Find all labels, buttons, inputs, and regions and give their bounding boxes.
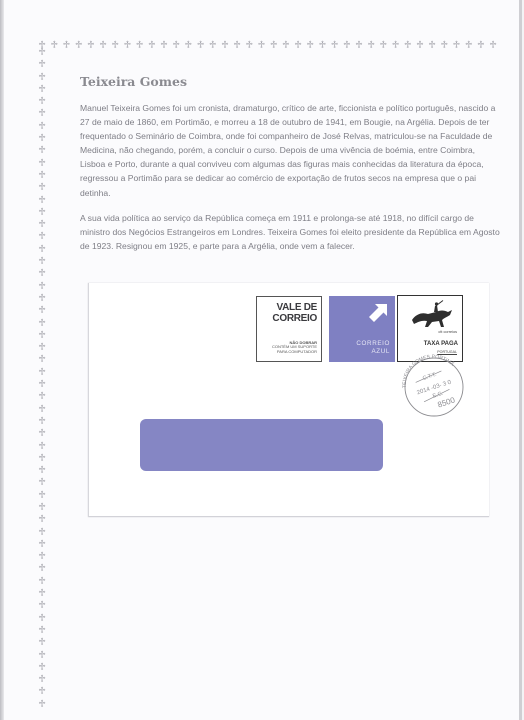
- person-figure-icon: ♱: [426, 39, 438, 52]
- article-paragraph-1: Manuel Teixeira Gomes foi um cronista, d…: [80, 101, 500, 200]
- ctt-brand: ctt correios: [438, 330, 457, 334]
- person-figure-icon: ♱: [353, 39, 365, 52]
- person-figure-icon: ♱: [36, 182, 48, 194]
- person-figure-icon: ♱: [329, 39, 341, 52]
- person-figure-icon: ♱: [36, 576, 48, 588]
- arrow-up-right-icon: [369, 302, 389, 322]
- decorative-border-left: ♱♱♱♱♱♱♱♱♱♱♱♱♱♱♱♱♱♱♱♱♱♱♱♱♱♱♱♱♱♱♱♱♱♱♱♱♱♱♱♱…: [36, 47, 50, 712]
- person-figure-icon: ♱: [36, 293, 48, 305]
- person-figure-icon: ♱: [36, 686, 48, 698]
- person-figure-icon: ♱: [182, 39, 194, 52]
- person-figure-icon: ♱: [389, 39, 401, 52]
- vale-title-line-2: CORREIO: [272, 313, 317, 324]
- person-figure-icon: ♱: [365, 39, 377, 52]
- person-figure-icon: ♱: [36, 613, 48, 625]
- person-figure-icon: ♱: [36, 527, 48, 539]
- person-figure-icon: ♱: [304, 39, 316, 52]
- person-figure-icon: ♱: [146, 39, 158, 52]
- person-figure-icon: ♱: [36, 170, 48, 182]
- person-figure-icon: ♱: [36, 219, 48, 231]
- person-figure-icon: ♱: [36, 207, 48, 219]
- person-figure-icon: ♱: [219, 39, 231, 52]
- person-figure-icon: ♱: [36, 502, 48, 514]
- vale-title-line-1: VALE DE: [272, 302, 317, 313]
- horse-rider-icon: [410, 300, 454, 330]
- person-figure-icon: ♱: [36, 490, 48, 502]
- person-figure-icon: ♱: [280, 39, 292, 52]
- correio-azul-line-1: CORREIO: [356, 340, 390, 348]
- vale-note: NÃO DOBRAR CONTÉM UM SUPORTE PARA COMPUT…: [272, 341, 317, 354]
- person-figure-icon: ♱: [207, 39, 219, 52]
- person-figure-icon: ♱: [158, 39, 170, 52]
- person-figure-icon: ♱: [36, 674, 48, 686]
- vale-de-correio-box: VALE DE CORREIO NÃO DOBRAR CONTÉM UM SUP…: [256, 296, 322, 362]
- person-figure-icon: ♱: [36, 305, 48, 317]
- person-figure-icon: ♱: [36, 145, 48, 157]
- person-figure-icon: ♱: [36, 281, 48, 293]
- person-figure-icon: ♱: [36, 256, 48, 268]
- person-figure-icon: ♱: [463, 39, 475, 52]
- person-figure-icon: ♱: [36, 453, 48, 465]
- person-figure-icon: ♱: [36, 600, 48, 612]
- person-figure-icon: ♱: [341, 39, 353, 52]
- person-figure-icon: ♱: [36, 354, 48, 366]
- person-figure-icon: ♱: [487, 39, 499, 52]
- person-figure-icon: ♱: [36, 342, 48, 354]
- person-figure-icon: ♱: [109, 39, 121, 52]
- person-figure-icon: ♱: [36, 551, 48, 563]
- person-figure-icon: ♱: [438, 39, 450, 52]
- person-figure-icon: ♱: [60, 39, 72, 52]
- person-figure-icon: ♱: [121, 39, 133, 52]
- person-figure-icon: ♱: [36, 59, 48, 71]
- person-figure-icon: ♱: [36, 662, 48, 674]
- taxa-paga-label: TAXA PAGA: [424, 341, 458, 347]
- person-figure-icon: ♱: [36, 588, 48, 600]
- person-figure-icon: ♱: [36, 318, 48, 330]
- scan-edge-left: [0, 0, 4, 720]
- person-figure-icon: ♱: [97, 39, 109, 52]
- correio-azul-line-2: AZUL: [356, 348, 390, 356]
- person-figure-icon: ♱: [36, 416, 48, 428]
- person-figure-icon: ♱: [194, 39, 206, 52]
- correio-azul-box: CORREIO AZUL: [329, 296, 395, 362]
- person-figure-icon: ♱: [36, 367, 48, 379]
- decorative-border-top: ♱♱♱♱♱♱♱♱♱♱♱♱♱♱♱♱♱♱♱♱♱♱♱♱♱♱♱♱♱♱♱♱♱♱♱♱♱♱: [36, 35, 506, 49]
- person-figure-icon: ♱: [36, 133, 48, 145]
- person-figure-icon: ♱: [36, 699, 48, 711]
- person-figure-icon: ♱: [243, 39, 255, 52]
- article-paragraph-2: A sua vida política ao serviço da Repúbl…: [80, 211, 500, 253]
- person-figure-icon: ♱: [292, 39, 304, 52]
- person-figure-icon: ♱: [36, 391, 48, 403]
- person-figure-icon: ♱: [36, 84, 48, 96]
- person-figure-icon: ♱: [36, 72, 48, 84]
- person-figure-icon: ♱: [73, 39, 85, 52]
- person-figure-icon: ♱: [170, 39, 182, 52]
- person-figure-icon: ♱: [36, 465, 48, 477]
- person-figure-icon: ♱: [36, 441, 48, 453]
- person-figure-icon: ♱: [85, 39, 97, 52]
- postmark-stamp: TEIXEIRA GOMES PORTIMÃO C.T.T. 2014 -03-…: [396, 350, 468, 420]
- person-figure-icon: ♱: [36, 96, 48, 108]
- person-figure-icon: ♱: [450, 39, 462, 52]
- person-figure-icon: ♱: [134, 39, 146, 52]
- person-figure-icon: ♱: [36, 404, 48, 416]
- person-figure-icon: ♱: [316, 39, 328, 52]
- person-figure-icon: ♱: [36, 477, 48, 489]
- person-figure-icon: ♱: [36, 158, 48, 170]
- correio-azul-label: CORREIO AZUL: [356, 340, 390, 356]
- person-figure-icon: ♱: [36, 650, 48, 662]
- person-figure-icon: ♱: [36, 121, 48, 133]
- person-figure-icon: ♱: [402, 39, 414, 52]
- vale-note-line-3: PARA COMPUTADOR: [272, 350, 317, 354]
- person-figure-icon: ♱: [36, 514, 48, 526]
- person-figure-icon: ♱: [36, 231, 48, 243]
- person-figure-icon: ♱: [36, 244, 48, 256]
- person-figure-icon: ♱: [36, 625, 48, 637]
- vale-title: VALE DE CORREIO: [272, 302, 317, 324]
- person-figure-icon: ♱: [255, 39, 267, 52]
- envelope-address-window: [140, 419, 383, 471]
- person-figure-icon: ♱: [48, 39, 60, 52]
- person-figure-icon: ♱: [36, 379, 48, 391]
- person-figure-icon: ♱: [36, 330, 48, 342]
- person-figure-icon: ♱: [36, 108, 48, 120]
- person-figure-icon: ♱: [475, 39, 487, 52]
- article-title: Teixeira Gomes: [80, 74, 187, 89]
- person-figure-icon: ♱: [36, 428, 48, 440]
- person-figure-icon: ♱: [36, 637, 48, 649]
- person-figure-icon: ♱: [231, 39, 243, 52]
- person-figure-icon: ♱: [268, 39, 280, 52]
- person-figure-icon: ♱: [36, 47, 48, 59]
- person-figure-icon: ♱: [377, 39, 389, 52]
- person-figure-icon: ♱: [414, 39, 426, 52]
- person-figure-icon: ♱: [36, 563, 48, 575]
- svg-text:C.T.T.: C.T.T.: [422, 372, 438, 382]
- person-figure-icon: ♱: [36, 195, 48, 207]
- person-figure-icon: ♱: [36, 268, 48, 280]
- person-figure-icon: ♱: [36, 539, 48, 551]
